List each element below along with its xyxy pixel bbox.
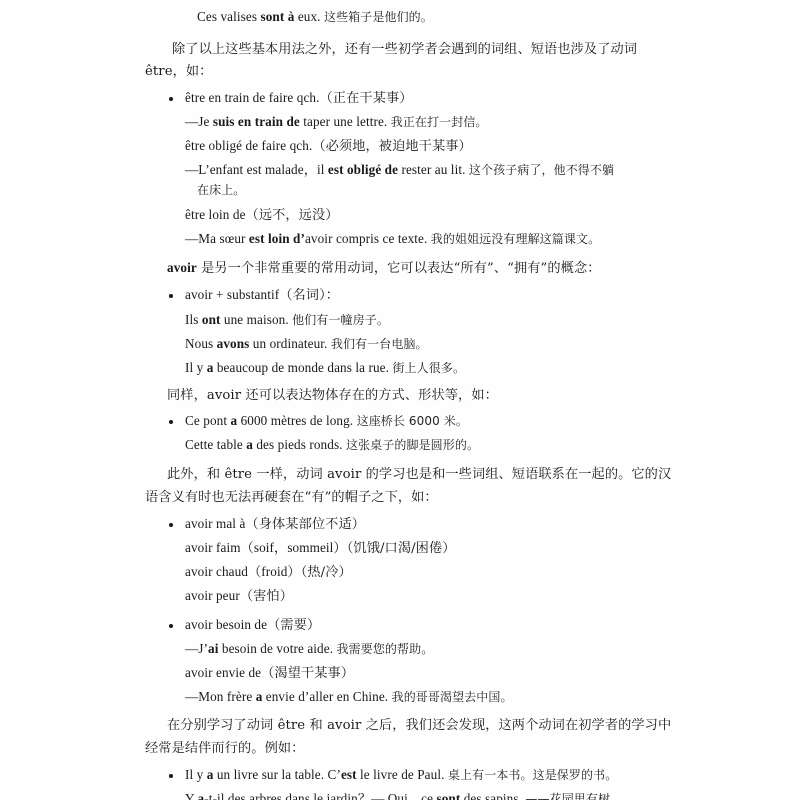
- text-line: —Mon frère a envie d’aller en Chine. 我的哥…: [185, 688, 513, 706]
- text-line: 在床上。: [197, 181, 245, 199]
- french-text: -t-il des arbres dans le jardin？— Oui，ce: [204, 791, 436, 800]
- bold-term: avons: [217, 336, 250, 351]
- french-text: Cette table: [185, 437, 246, 452]
- french-text: —Mon frère: [185, 689, 256, 704]
- french-text: —L’enfant est malade，il: [185, 162, 328, 177]
- french-text: un ordinateur.: [249, 336, 330, 351]
- text-line: avoir + substantif（名词）：: [185, 286, 339, 305]
- french-text: un livre sur la table. C’: [213, 767, 340, 782]
- text-line: 同样，avoir 还可以表达物体存在的方式、形状等，如：: [167, 386, 498, 405]
- bullet-icon: [169, 294, 173, 298]
- chinese-text: 在分别学习了动词 être 和 avoir 之后，我们还会发现，这两个动词在初学…: [167, 718, 671, 733]
- french-text: 6000 mètres de long.: [237, 413, 356, 428]
- french-text: rester au lit.: [398, 162, 469, 177]
- text-line: avoir chaud（froid）（热/冷）: [185, 563, 352, 582]
- text-line: avoir envie de（渴望干某事）: [185, 664, 354, 683]
- french-text: avoir + substantif（: [185, 287, 293, 302]
- text-line: 语含义有时也无法再硬套在“有”的帽子之下，如：: [145, 488, 438, 507]
- text-line: avoir peur（害怕）: [185, 587, 293, 606]
- french-text: —Je: [185, 114, 213, 129]
- text-line: Y a-t-il des arbres dans le jardin？— Oui…: [185, 790, 610, 800]
- french-text: avoir compris ce texte.: [305, 231, 431, 246]
- french-text: Ces valises: [197, 9, 260, 24]
- text-line: —J’ai besoin de votre aide. 我需要您的帮助。: [185, 640, 433, 658]
- french-text: ）：: [319, 287, 339, 302]
- chinese-text: être，如：: [145, 64, 212, 79]
- text-line: Il y a beaucoup de monde dans la rue. 街上…: [185, 359, 465, 377]
- chinese-text: 在床上。: [197, 183, 245, 197]
- bold-term: ai: [208, 641, 218, 656]
- french-text: avoir besoin de（: [185, 617, 280, 632]
- french-text: être loin de（: [185, 207, 259, 222]
- text-line: être loin de（远不，远没）: [185, 206, 339, 225]
- text-line: être en train de faire qch.（正在干某事）: [185, 89, 413, 108]
- french-text: Nous: [185, 336, 217, 351]
- chinese-text: 除了以上这些基本用法之外，还有一些初学者会遇到的词组、短语也涉及了动词: [172, 42, 637, 57]
- bullet-icon: [169, 523, 173, 527]
- chinese-text: 名词: [293, 288, 320, 303]
- french-text: ）: [399, 90, 412, 105]
- chinese-text: 这些箱子是他们的。: [324, 10, 433, 24]
- bold-term: a: [246, 437, 253, 452]
- text-line: être，如：: [145, 62, 212, 81]
- french-text: Ils: [185, 312, 202, 327]
- french-text: avoir mal à（: [185, 516, 259, 531]
- chinese-text: 这个孩子病了，他不得不躺: [469, 163, 614, 177]
- french-text: des sapins.: [460, 791, 525, 800]
- chinese-text: ——花园里有树: [525, 792, 610, 800]
- text-line: avoir besoin de（需要）: [185, 616, 320, 635]
- french-text: des pieds ronds.: [253, 437, 346, 452]
- bold-term: avoir: [167, 260, 197, 275]
- french-text: ）: [352, 516, 365, 531]
- chinese-text: 这张桌子的脚是圆形的。: [346, 438, 479, 452]
- french-text: eux.: [294, 9, 324, 24]
- bullet-icon: [169, 420, 173, 424]
- french-text: besoin de votre aide.: [218, 641, 336, 656]
- french-text: Ce pont: [185, 413, 231, 428]
- french-text: être obligé de faire qch.（: [185, 138, 326, 153]
- chinese-text: 此外，和 être 一样，动词 avoir 的学习也是和一些词组、短语联系在一起…: [167, 467, 671, 482]
- french-text: ）: [280, 588, 293, 603]
- french-text: avoir chaud（froid）（: [185, 564, 307, 579]
- chinese-text: 害怕: [253, 589, 280, 604]
- chinese-text: 这座桥长 6000 米。: [357, 414, 468, 428]
- text-line: Ce pont a 6000 mètres de long. 这座桥长 6000…: [185, 412, 468, 430]
- french-text: avoir peur（: [185, 588, 253, 603]
- text-line: —L’enfant est malade，il est obligé de re…: [185, 161, 614, 179]
- chinese-text: 需要: [280, 618, 307, 633]
- french-text: avoir envie de（: [185, 665, 274, 680]
- bold-term: est loin d’: [249, 231, 305, 246]
- french-text: une maison.: [221, 312, 293, 327]
- french-text: beaucoup de monde dans la rue.: [213, 360, 392, 375]
- chinese-text: 热/冷: [307, 565, 338, 580]
- chinese-text: 我正在打一封信。: [391, 115, 488, 129]
- text-line: 除了以上这些基本用法之外，还有一些初学者会遇到的词组、短语也涉及了动词: [172, 40, 637, 59]
- book-page: Ces valises sont à eux. 这些箱子是他们的。除了以上这些基…: [0, 0, 800, 800]
- bold-term: ont: [202, 312, 221, 327]
- chinese-text: 身体某部位不适: [259, 517, 352, 532]
- chinese-text: 街上人很多。: [392, 361, 465, 375]
- chinese-text: 同样，avoir 还可以表达物体存在的方式、形状等，如：: [167, 388, 498, 403]
- text-line: 此外，和 être 一样，动词 avoir 的学习也是和一些词组、短语联系在一起…: [167, 465, 671, 484]
- chinese-text: 我的姐姐远没有理解这篇课文。: [431, 232, 600, 246]
- chinese-text: 正在干某事: [333, 91, 399, 106]
- text-line: Ils ont une maison. 他们有一幢房子。: [185, 311, 389, 329]
- chinese-text: 我的哥哥渴望去中国。: [392, 690, 513, 704]
- french-text: Y: [185, 791, 198, 800]
- french-text: taper une lettre.: [300, 114, 391, 129]
- bullet-icon: [169, 97, 173, 101]
- chinese-text: 远不，远没: [259, 208, 325, 223]
- text-line: avoir faim（soif，sommeil）（饥饿/口渴/困倦）: [185, 539, 456, 558]
- french-text: avoir faim（soif，sommeil）（: [185, 540, 353, 555]
- french-text: —J’: [185, 641, 208, 656]
- chinese-text: 是另一个非常重要的常用动词，它可以表达“所有”、“拥有”的概念：: [197, 261, 601, 276]
- french-text: envie d’aller en Chine.: [262, 689, 391, 704]
- text-line: avoir mal à（身体某部位不适）: [185, 515, 365, 534]
- text-line: Cette table a des pieds ronds. 这张桌子的脚是圆形…: [185, 436, 479, 454]
- french-text: ）: [442, 540, 455, 555]
- bold-term: sont: [436, 791, 460, 800]
- bullet-icon: [169, 774, 173, 778]
- chinese-text: 必须地，被迫地干某事: [326, 139, 459, 154]
- chinese-text: 桌上有一本书。这是保罗的书。: [448, 768, 617, 782]
- chinese-text: 渴望干某事: [274, 666, 340, 681]
- french-text: ）: [307, 617, 320, 632]
- text-line: être obligé de faire qch.（必须地，被迫地干某事）: [185, 137, 472, 156]
- bold-term: suis en train de: [213, 114, 300, 129]
- bullet-icon: [169, 624, 173, 628]
- text-line: —Je suis en train de taper une lettre. 我…: [185, 113, 488, 131]
- french-text: ）: [341, 665, 354, 680]
- text-line: —Ma sœur est loin d’avoir compris ce tex…: [185, 230, 600, 248]
- text-line: Nous avons un ordinateur. 我们有一台电脑。: [185, 335, 428, 353]
- text-line: 经常是结伴而行的。例如：: [145, 739, 304, 758]
- chinese-text: 我需要您的帮助。: [337, 642, 434, 656]
- bold-term: sont à: [260, 9, 294, 24]
- text-line: Ces valises sont à eux. 这些箱子是他们的。: [197, 8, 433, 26]
- french-text: ）: [459, 138, 472, 153]
- chinese-text: 语含义有时也无法再硬套在“有”的帽子之下，如：: [145, 490, 438, 505]
- text-line: avoir 是另一个非常重要的常用动词，它可以表达“所有”、“拥有”的概念：: [167, 259, 601, 278]
- french-text: être en train de faire qch.（: [185, 90, 333, 105]
- chinese-text: 经常是结伴而行的。例如：: [145, 741, 304, 756]
- chinese-text: 他们有一幢房子。: [292, 313, 389, 327]
- bold-term: est obligé de: [328, 162, 398, 177]
- chinese-text: 我们有一台电脑。: [331, 337, 428, 351]
- french-text: ）: [339, 564, 352, 579]
- french-text: le livre de Paul.: [357, 767, 448, 782]
- bold-term: est: [341, 767, 357, 782]
- french-text: —Ma sœur: [185, 231, 249, 246]
- text-line: Il y a un livre sur la table. C’est le l…: [185, 766, 617, 784]
- french-text: ）: [325, 207, 338, 222]
- french-text: Il y: [185, 767, 207, 782]
- chinese-text: 饥饿/口渴/困倦: [353, 541, 442, 556]
- french-text: Il y: [185, 360, 207, 375]
- text-line: 在分别学习了动词 être 和 avoir 之后，我们还会发现，这两个动词在初学…: [167, 716, 671, 735]
